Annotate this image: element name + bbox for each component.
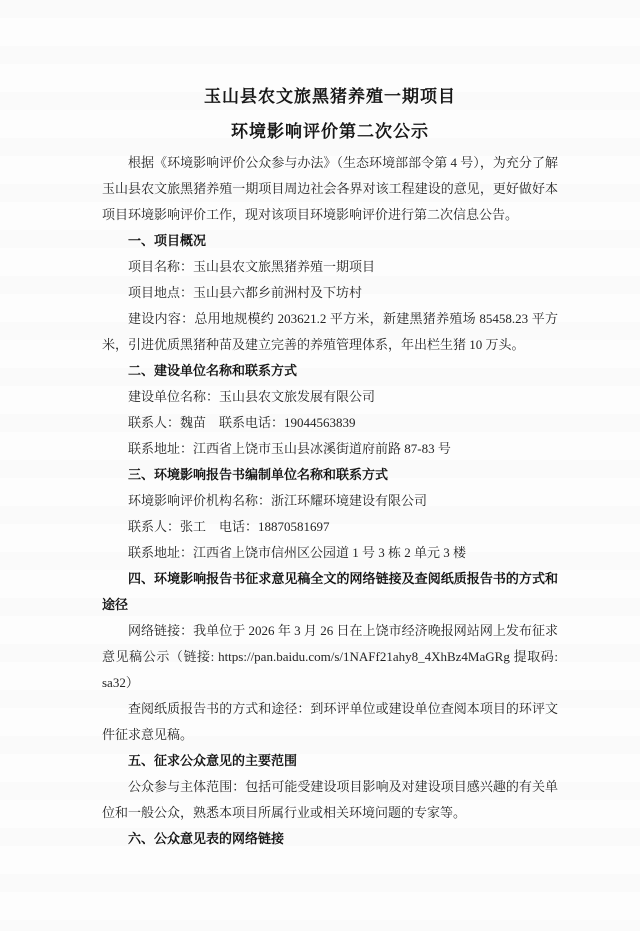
section-6-heading: 六、公众意见表的网络链接 bbox=[102, 826, 558, 852]
eia-agency-paragraph: 环境影响评价机构名称：浙江环耀环境建设有限公司 bbox=[102, 488, 558, 514]
section-1-heading: 一、项目概况 bbox=[102, 228, 558, 254]
section-2-heading: 二、建设单位名称和联系方式 bbox=[102, 358, 558, 384]
builder-name-paragraph: 建设单位名称：玉山县农文旅发展有限公司 bbox=[102, 384, 558, 410]
section-4-heading: 四、环境影响报告书征求意见稿全文的网络链接及查阅纸质报告书的方式和途径 bbox=[102, 566, 558, 618]
public-scope-paragraph: 公众参与主体范围：包括可能受建设项目影响及对建设项目感兴趣的有关单位和一般公众，… bbox=[102, 774, 558, 826]
eia-address-paragraph: 联系地址：江西省上饶市信州区公园道 1 号 3 栋 2 单元 3 楼 bbox=[102, 540, 558, 566]
network-link-paragraph: 网络链接：我单位于 2026 年 3 月 26 日在上饶市经济晚报网站网上发布征… bbox=[102, 618, 558, 696]
builder-contact-paragraph: 联系人：魏苗 联系电话：19044563839 bbox=[102, 410, 558, 436]
section-5-heading: 五、征求公众意见的主要范围 bbox=[102, 748, 558, 774]
eia-contact-paragraph: 联系人：张工 电话：18870581697 bbox=[102, 514, 558, 540]
project-content-paragraph: 建设内容：总用地规模约 203621.2 平方米，新建黑猪养殖场 85458.2… bbox=[102, 306, 558, 358]
paper-report-paragraph: 查阅纸质报告书的方式和途径：到环评单位或建设单位查阅本项目的环评文件征求意见稿。 bbox=[102, 696, 558, 748]
document-subtitle: 环境影响评价第二次公示 bbox=[102, 119, 558, 145]
scanned-document-page: 玉山县农文旅黑猪养殖一期项目 环境影响评价第二次公示 根据《环境影响评价公众参与… bbox=[0, 0, 640, 931]
document-title: 玉山县农文旅黑猪养殖一期项目 bbox=[102, 84, 558, 110]
builder-address-paragraph: 联系地址：江西省上饶市玉山县冰溪街道府前路 87-83 号 bbox=[102, 436, 558, 462]
section-3-heading: 三、环境影响报告书编制单位名称和联系方式 bbox=[102, 462, 558, 488]
intro-paragraph: 根据《环境影响评价公众参与办法》（生态环境部部令第 4 号），为充分了解玉山县农… bbox=[102, 150, 558, 228]
project-name-paragraph: 项目名称：玉山县农文旅黑猪养殖一期项目 bbox=[102, 254, 558, 280]
project-location-paragraph: 项目地点：玉山县六都乡前洲村及下坊村 bbox=[102, 280, 558, 306]
